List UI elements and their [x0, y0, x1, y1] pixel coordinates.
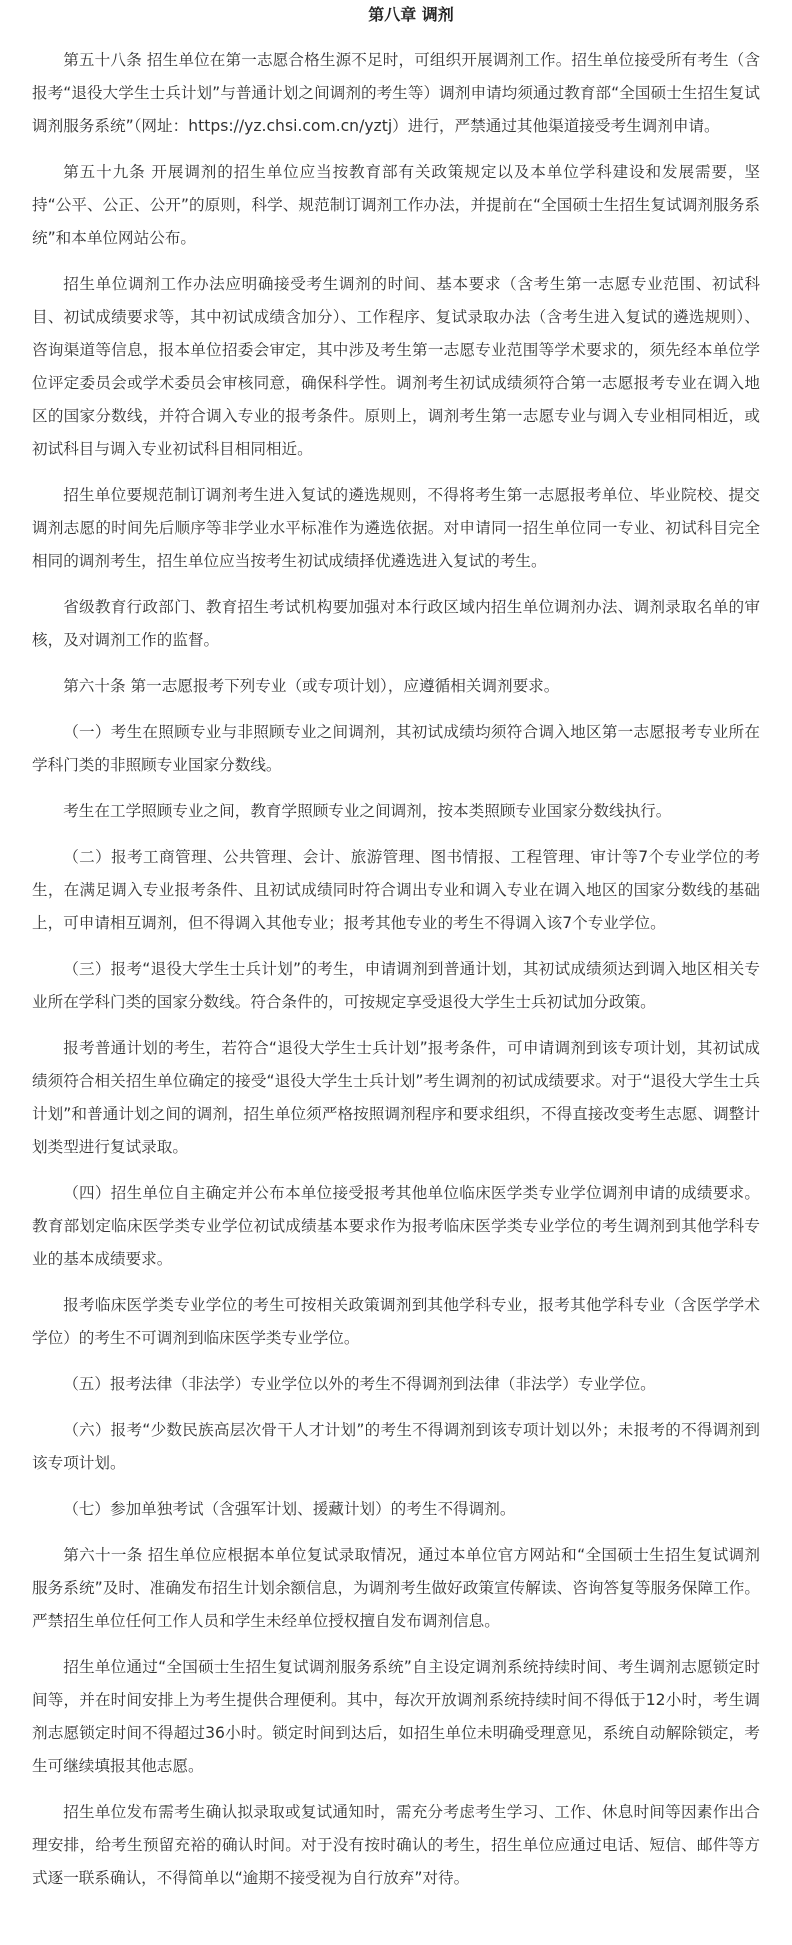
- clause-2-paragraph: （二）报考工商管理、公共管理、会计、旅游管理、图书情报、工程管理、审计等7个专业…: [32, 841, 760, 940]
- article-59-paragraph: 第五十九条 开展调剂的招生单位应当按教育部有关政策规定以及本单位学科建设和发展需…: [32, 156, 760, 255]
- adjustment-method-paragraph: 招生单位调剂工作办法应明确接受考生调剂的时间、基本要求（含考生第一志愿专业范围、…: [32, 268, 760, 466]
- system-timing-paragraph: 招生单位通过“全国硕士生招生复试调剂服务系统”自主设定调剂系统持续时间、考生调剂…: [32, 1651, 760, 1783]
- selection-rules-paragraph: 招生单位要规范制订调剂考生进入复试的遴选规则，不得将考生第一志愿报考单位、毕业院…: [32, 479, 760, 578]
- provincial-supervision-paragraph: 省级教育行政部门、教育招生考试机构要加强对本行政区域内招生单位调剂办法、调剂录取…: [32, 591, 760, 657]
- clause-6-paragraph: （六）报考“少数民族高层次骨干人才计划”的考生不得调剂到该专项计划以外；未报考的…: [32, 1414, 760, 1480]
- confirmation-notice-paragraph: 招生单位发布需考生确认拟录取或复试通知时，需充分考虑考生学习、工作、休息时间等因…: [32, 1796, 760, 1895]
- chapter-title: 第八章 调剂: [32, 0, 760, 30]
- article-61-paragraph: 第六十一条 招生单位应根据本单位复试录取情况，通过本单位官方网站和“全国硕士生招…: [32, 1539, 760, 1638]
- clause-3-paragraph: （三）报考“退役大学生士兵计划”的考生，申请调剂到普通计划，其初试成绩须达到调入…: [32, 953, 760, 1019]
- article-58-paragraph: 第五十八条 招生单位在第一志愿合格生源不足时，可组织开展调剂工作。招生单位接受所…: [32, 44, 760, 143]
- article-60-paragraph: 第六十条 第一志愿报考下列专业（或专项计划），应遵循相关调剂要求。: [32, 670, 760, 703]
- clause-3-note-paragraph: 报考普通计划的考生，若符合“退役大学生士兵计划”报考条件，可申请调剂到该专项计划…: [32, 1032, 760, 1164]
- clause-1-paragraph: （一）考生在照顾专业与非照顾专业之间调剂，其初试成绩均须符合调入地区第一志愿报考…: [32, 716, 760, 782]
- clause-5-paragraph: （五）报考法律（非法学）专业学位以外的考生不得调剂到法律（非法学）专业学位。: [32, 1368, 760, 1401]
- clause-4-note-paragraph: 报考临床医学类专业学位的考生可按相关政策调剂到其他学科专业，报考其他学科专业（含…: [32, 1289, 760, 1355]
- clause-7-paragraph: （七）参加单独考试（含强军计划、援藏计划）的考生不得调剂。: [32, 1493, 760, 1526]
- article: 第八章 调剂 第五十八条 招生单位在第一志愿合格生源不足时，可组织开展调剂工作。…: [0, 0, 792, 1895]
- clause-1-note-paragraph: 考生在工学照顾专业之间，教育学照顾专业之间调剂，按本类照顾专业国家分数线执行。: [32, 795, 760, 828]
- clause-4-paragraph: （四）招生单位自主确定并公布本单位接受报考其他单位临床医学类专业学位调剂申请的成…: [32, 1177, 760, 1276]
